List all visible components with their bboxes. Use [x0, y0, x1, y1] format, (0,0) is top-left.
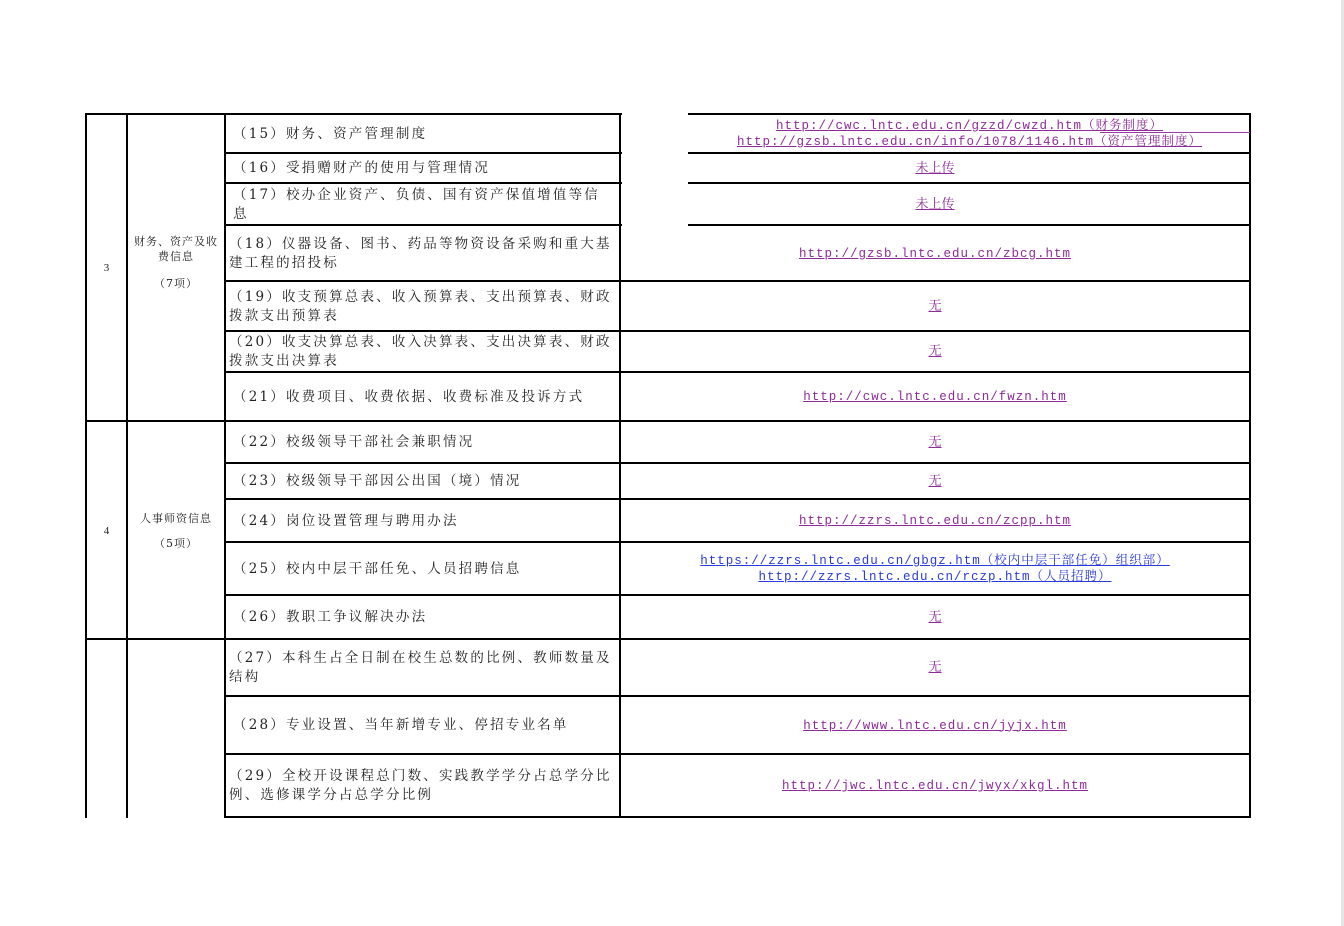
item-row-26: （26）教职工争议解决办法	[226, 596, 619, 639]
item-row-21: （21）收费项目、收费依据、收费标准及投诉方式	[226, 373, 619, 421]
link-none[interactable]: 无	[928, 299, 941, 315]
link-fee-guide[interactable]: http://cwc.lntc.edu.cn/fwzn.htm	[803, 389, 1067, 405]
item-label: （28）专业设置、当年新增专业、停招专业名单	[229, 716, 569, 735]
link-none[interactable]: 无	[928, 435, 941, 451]
item-label: （29）全校开设课程总门数、实践教学学分占总学分比例、选修课学分占总学分比例	[229, 767, 615, 805]
item-label: （25）校内中层干部任免、人员招聘信息	[229, 560, 521, 579]
link-not-uploaded[interactable]: 未上传	[915, 197, 954, 213]
item-link-cell-15: http://cwc.lntc.edu.cn/gzzd/cwzd.htm（财务制…	[690, 115, 1249, 153]
item-row-22: （22）校级领导干部社会兼职情况	[226, 422, 619, 463]
link-course-management[interactable]: http://jwc.lntc.edu.cn/jwyx/xkgl.htm	[782, 778, 1088, 794]
section-category: 财务、资产及收费信息 （7项）	[128, 115, 224, 421]
item-label: （16）受捐赠财产的使用与管理情况	[229, 159, 490, 178]
item-label: （20）收支决算总表、收入决算表、支出决算表、财政拨款支出决算表	[229, 333, 615, 371]
item-row-18: （18）仪器设备、图书、药品等物资设备采购和重大基建工程的招投标	[226, 226, 619, 281]
link-none[interactable]: 无	[928, 344, 941, 360]
section-number-text: 3	[104, 262, 110, 274]
link-none[interactable]: 无	[928, 610, 941, 626]
link-none[interactable]: 无	[928, 474, 941, 490]
item-label: （17）校办企业资产、负债、国有资产保值增值等信息	[229, 186, 615, 224]
item-link-cell-16: 未上传	[621, 154, 1249, 183]
link-asset-policy[interactable]: http://gzsb.lntc.edu.cn/info/1078/1146.h…	[737, 134, 1202, 150]
item-link-cell-22: 无	[621, 422, 1249, 463]
item-row-16: （16）受捐赠财产的使用与管理情况	[226, 154, 619, 183]
link-position-hiring[interactable]: http://zzrs.lntc.edu.cn/zcpp.htm	[799, 513, 1071, 529]
item-link-cell-18: http://gzsb.lntc.edu.cn/zbcg.htm	[621, 226, 1249, 281]
category-label: 人事师资信息	[140, 511, 212, 526]
document-page: 3 财务、资产及收费信息 （7项） （15）财务、资产管理制度 http://c…	[0, 0, 1344, 926]
item-row-27: （27）本科生占全日制在校生总数的比例、教师数量及结构	[226, 640, 619, 696]
item-label: （24）岗位设置管理与聘用办法	[229, 512, 459, 531]
link-underline-extension	[1100, 132, 1250, 133]
item-link-cell-20: 无	[621, 332, 1249, 372]
category-count: （5项）	[154, 536, 198, 551]
link-procurement[interactable]: http://gzsb.lntc.edu.cn/zbcg.htm	[799, 246, 1071, 262]
item-link-cell-26: 无	[621, 596, 1249, 639]
item-row-15: （15）财务、资产管理制度	[226, 115, 619, 153]
link-cadre-appointment[interactable]: https://zzrs.lntc.edu.cn/gbgz.htm（校内中层干部…	[700, 553, 1170, 569]
item-row-28: （28）专业设置、当年新增专业、停招专业名单	[226, 697, 619, 754]
item-link-cell-28: http://www.lntc.edu.cn/jyjx.htm	[621, 697, 1249, 754]
item-label: （19）收支预算总表、收入预算表、支出预算表、财政拨款支出预算表	[229, 288, 615, 326]
item-label: （21）收费项目、收费依据、收费标准及投诉方式	[229, 388, 584, 407]
item-label: （22）校级领导干部社会兼职情况	[229, 433, 474, 452]
item-label: （23）校级领导干部因公出国（境）情况	[229, 472, 521, 491]
section-category: 人事师资信息 （5项）	[128, 422, 224, 639]
item-label: （26）教职工争议解决办法	[229, 608, 427, 627]
item-link-cell-27: 无	[621, 640, 1249, 696]
item-link-cell-19: 无	[621, 282, 1249, 331]
section-number-text: 4	[104, 525, 110, 537]
item-link-cell-24: http://zzrs.lntc.edu.cn/zcpp.htm	[621, 500, 1249, 542]
item-link-cell-23: 无	[621, 464, 1249, 499]
item-link-cell-29: http://jwc.lntc.edu.cn/jwyx/xkgl.htm	[621, 755, 1249, 817]
item-row-19: （19）收支预算总表、收入预算表、支出预算表、财政拨款支出预算表	[226, 282, 619, 331]
link-not-uploaded[interactable]: 未上传	[915, 161, 954, 177]
item-label: （27）本科生占全日制在校生总数的比例、教师数量及结构	[229, 649, 615, 687]
item-row-29: （29）全校开设课程总门数、实践教学学分占总学分比例、选修课学分占总学分比例	[226, 755, 619, 817]
item-link-cell-21: http://cwc.lntc.edu.cn/fwzn.htm	[621, 373, 1249, 421]
section-number: 3	[87, 115, 126, 421]
item-row-20: （20）收支决算总表、收入决算表、支出决算表、财政拨款支出决算表	[226, 332, 619, 372]
table-border-right	[1249, 114, 1251, 818]
item-row-24: （24）岗位设置管理与聘用办法	[226, 500, 619, 542]
item-row-17: （17）校办企业资产、负债、国有资产保值增值等信息	[226, 184, 619, 225]
item-link-cell-25: https://zzrs.lntc.edu.cn/gbgz.htm（校内中层干部…	[621, 543, 1249, 595]
section-number	[87, 640, 126, 817]
item-row-25: （25）校内中层干部任免、人员招聘信息	[226, 543, 619, 595]
item-label: （15）财务、资产管理制度	[229, 125, 427, 144]
section-category	[128, 640, 224, 817]
item-row-23: （23）校级领导干部因公出国（境）情况	[226, 464, 619, 499]
link-majors[interactable]: http://www.lntc.edu.cn/jyjx.htm	[803, 718, 1067, 734]
link-recruitment[interactable]: http://zzrs.lntc.edu.cn/rczp.htm（人员招聘）	[758, 569, 1111, 585]
item-label: （18）仪器设备、图书、药品等物资设备采购和重大基建工程的招投标	[229, 235, 615, 273]
link-none[interactable]: 无	[928, 660, 941, 676]
category-count: （7项）	[154, 276, 198, 291]
category-label: 财务、资产及收费信息	[130, 234, 222, 264]
item-link-cell-17: 未上传	[621, 184, 1249, 225]
section-number: 4	[87, 422, 126, 639]
